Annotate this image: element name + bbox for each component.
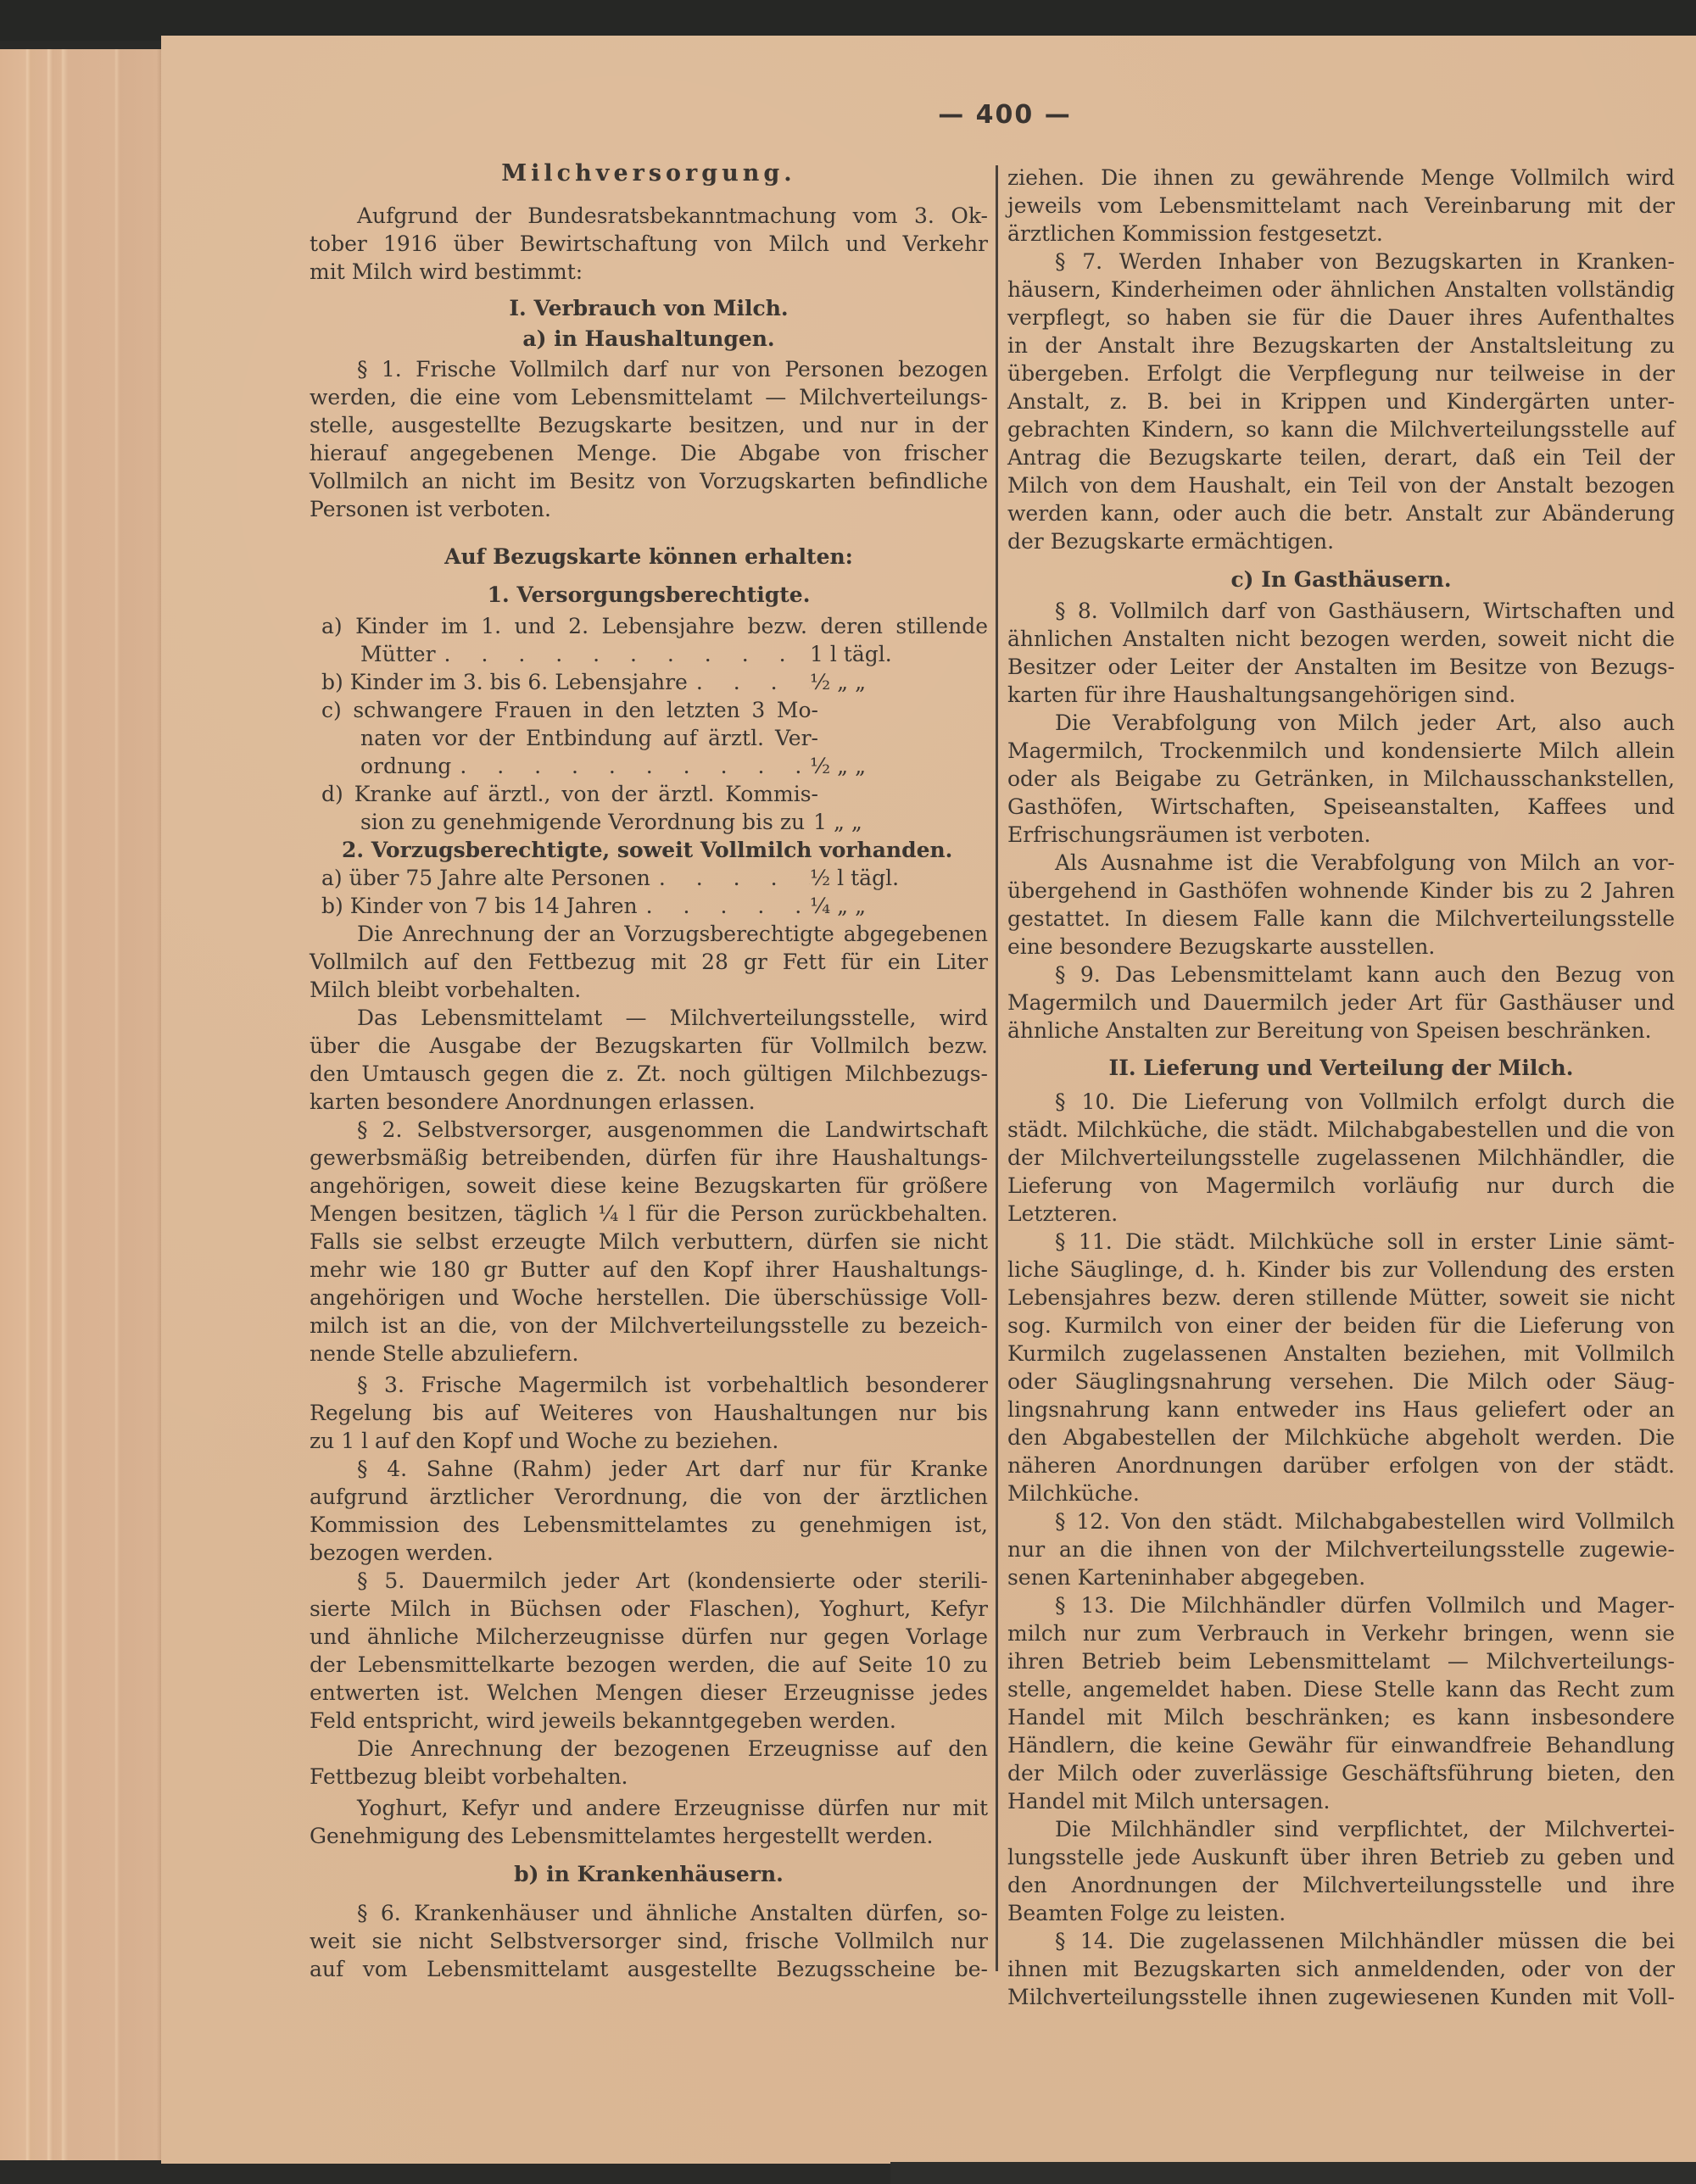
paragraph-8-line: ähnlichen Anstalten nicht bezogen werden…: [1007, 625, 1675, 653]
paragraph-10-line: § 10. Die Lieferung von Vollmilch erfolg…: [1007, 1088, 1675, 1116]
paragraph-7-line: häusern, Kinderheimen oder ähnlichen Ans…: [1007, 276, 1675, 304]
book-cover-bottom: [890, 2162, 1696, 2184]
entitlement-label: b) Kinder im 3. bis 6. Lebensjahre: [321, 668, 688, 696]
group-1-heading: 1. Versorgungsberechtigte.: [310, 581, 988, 609]
paragraph-2-line: Falls sie selbst erzeugte Milch verbutte…: [310, 1228, 988, 1256]
leader-dots: . . . . . . . .: [638, 892, 810, 920]
paragraph-13-line: Handel mit Milch beschränken; es kann in…: [1007, 1703, 1675, 1731]
leader-dots: . . . . . . . .: [688, 668, 810, 696]
paragraph-6-line: § 6. Krankenhäuser und ähnliche Anstalte…: [310, 1899, 988, 1927]
entitlement-item-c: c) schwangere Frauen in den letzten 3 Mo…: [310, 696, 988, 724]
preference-amount: ¼ „ „: [810, 892, 988, 920]
lebensmittelamt-line: den Umtausch gegen die z. Zt. noch gülti…: [310, 1060, 988, 1088]
intro-line: tober 1916 über Bewirtschaftung von Milc…: [310, 230, 988, 258]
document-title: Milchversorgung.: [310, 159, 988, 187]
preference-item-a: a) über 75 Jahre alte Personen . . . . .…: [310, 864, 988, 892]
entitlement-label: ordnung: [360, 752, 451, 780]
paragraph-2-line: angehörigen und Woche herstellen. Die üb…: [310, 1284, 988, 1312]
book-cover-top: [0, 0, 1696, 41]
entitlement-item-c-cont: naten vor der Entbindung auf ärztl. Ver-: [310, 724, 988, 752]
paragraph-13-line: § 13. Die Milchhändler dürfen Vollmilch …: [1007, 1591, 1675, 1619]
page-number: — 400 —: [912, 100, 1098, 130]
paragraph-11-line: § 11. Die städt. Milchküche soll in erst…: [1007, 1228, 1675, 1256]
section-heading-II: II. Lieferung und Verteilung der Milch.: [1007, 1054, 1675, 1082]
entitlement-amount: ½ „ „: [810, 752, 988, 780]
paragraph-13-line: stelle, angemeldet haben. Diese Stelle k…: [1007, 1675, 1675, 1703]
preference-label: b) Kinder von 7 bis 14 Jahren: [321, 892, 638, 920]
paragraph-4-line: Kommission des Lebensmittelamtes zu gene…: [310, 1511, 988, 1539]
anrechnung-line: Die Anrechnung der an Vorzugsberechtigte…: [310, 920, 988, 948]
paragraph-3-line: zu 1 l auf den Kopf und Woche zu beziehe…: [310, 1427, 988, 1455]
paragraph-11-line: näheren Anordnungen darüber erfolgen von…: [1007, 1451, 1675, 1479]
paragraph-11-line: Kurmilch zugelassenen Anstalten beziehen…: [1007, 1340, 1675, 1368]
paragraph-7-line: Milch von dem Haushalt, ein Teil von der…: [1007, 471, 1675, 499]
anrechnung-line: Milch bleibt vorbehalten.: [310, 976, 988, 1004]
paragraph-9-line: ähnliche Anstalten zur Bereitung von Spe…: [1007, 1017, 1675, 1045]
pflichten-line: lungsstelle jede Auskunft über ihren Bet…: [1007, 1843, 1675, 1871]
leader-dots: . . . . . . . .: [650, 864, 810, 892]
preference-amount: ½ l tägl.: [810, 864, 988, 892]
verabfolgung-line: Magermilch, Trockenmilch und kondensiert…: [1007, 737, 1675, 765]
anrechnung2-line: Fettbezug bleibt vorbehalten.: [310, 1763, 988, 1791]
paragraph-7-line: übergeben. Erfolgt die Verpflegung nur t…: [1007, 359, 1675, 387]
paragraph-1-line: Vollmilch an nicht im Besitz von Vorzugs…: [310, 467, 988, 495]
entitled-heading: Auf Bezugskarte können erhalten:: [310, 543, 988, 571]
entitlement-item-c-amount-row: ordnung . . . . . . . . . . . . . . . . …: [310, 752, 988, 780]
entitlement-amount: 1 l tägl.: [810, 640, 988, 668]
anrechnung2-line: Die Anrechnung der bezogenen Erzeugnisse…: [310, 1735, 988, 1763]
paragraph-14-line: ihnen mit Bezugskarten sich anmeldenden,…: [1007, 1955, 1675, 1983]
verabfolgung-line: Erfrischungsräumen ist verboten.: [1007, 821, 1675, 849]
group-2-heading: 2. Vorzugsberechtigte, soweit Vollmilch …: [310, 836, 988, 864]
verabfolgung-line: oder als Beigabe zu Getränken, in Milcha…: [1007, 765, 1675, 793]
paragraph-5-line: Feld entspricht, wird jeweils bekanntgeg…: [310, 1707, 988, 1735]
ausnahme-line: gestattet. In diesem Falle kann die Milc…: [1007, 905, 1675, 933]
entitlement-item-d-amount-row: sion zu genehmigende Verordnung bis zu 1…: [310, 808, 988, 836]
paragraph-6-cont-line: jeweils vom Lebensmittelamt nach Vereinb…: [1007, 192, 1675, 220]
verabfolgung-line: Die Verabfolgung von Milch jeder Art, al…: [1007, 709, 1675, 737]
paragraph-13-line: milch nur zum Verbrauch in Verkehr bring…: [1007, 1619, 1675, 1647]
paragraph-3-line: § 3. Frische Magermilch ist vorbehaltlic…: [310, 1371, 988, 1399]
intro-line: mit Milch wird bestimmt:: [310, 258, 988, 286]
paragraph-8-line: karten für ihre Haushaltungsangehörigen …: [1007, 681, 1675, 709]
paragraph-1-line: § 1. Frische Vollmilch darf nur von Pers…: [310, 355, 988, 383]
pflichten-line: Beamten Folge zu leisten.: [1007, 1899, 1675, 1927]
page-stack-edges: [0, 49, 165, 2160]
paragraph-7-line: der Bezugskarte ermächtigen.: [1007, 527, 1675, 555]
paragraph-10-line: städt. Milchküche, die städt. Milchabgab…: [1007, 1116, 1675, 1144]
paragraph-13-line: Händlern, die keine Gewähr für einwandfr…: [1007, 1731, 1675, 1759]
paragraph-14-line: Milchverteilungsstelle ihnen zugewiesene…: [1007, 1983, 1675, 2011]
entitlement-item-d: d) Kranke auf ärztl., von der ärztl. Kom…: [310, 780, 988, 808]
paragraph-7-line: Anstalt, z. B. bei in Krippen und Kinder…: [1007, 387, 1675, 415]
paragraph-1-line: hierauf angegebenen Menge. Die Abgabe vo…: [310, 439, 988, 467]
paragraph-11-line: oder Säuglingsnahrung versehen. Die Milc…: [1007, 1368, 1675, 1396]
paragraph-2-line: § 2. Selbstversorger, ausgenommen die La…: [310, 1116, 988, 1144]
paragraph-7-line: Antrag die Bezugskarte teilen, derart, d…: [1007, 443, 1675, 471]
paragraph-2-line: milch ist an die, von der Milchverteilun…: [310, 1312, 988, 1340]
preference-label: a) über 75 Jahre alte Personen: [321, 864, 650, 892]
entitlement-amount: ½ „ „: [810, 668, 988, 696]
paragraph-4-line: § 4. Sahne (Rahm) jeder Art darf nur für…: [310, 1455, 988, 1483]
paragraph-1-line: stelle, ausgestellte Bezugskarte besitze…: [310, 411, 988, 439]
paragraph-13-line: der Milch oder zuverlässige Geschäftsfüh…: [1007, 1759, 1675, 1787]
column-divider: [996, 165, 998, 1971]
paragraph-7-line: werden kann, oder auch die betr. Anstalt…: [1007, 499, 1675, 527]
leader-dots: [805, 808, 813, 836]
ausnahme-line: Als Ausnahme ist die Verabfolgung von Mi…: [1007, 849, 1675, 877]
paragraph-2-line: Mengen besitzen, täglich ¼ l für die Per…: [310, 1200, 988, 1228]
paragraph-11-line: lingsnahrung kann entweder ins Haus geli…: [1007, 1396, 1675, 1423]
paragraph-7-line: in der Anstalt ihre Bezugskarten der Ans…: [1007, 331, 1675, 359]
lebensmittelamt-line: karten besondere Anordnungen erlassen.: [310, 1088, 988, 1116]
entitlement-item-a-amount-row: Mütter . . . . . . . . . . . . . . . . .…: [310, 640, 988, 668]
yoghurt-line: Yoghurt, Kefyr und andere Erzeugnisse dü…: [310, 1794, 988, 1822]
paragraph-10-line: Lieferung von Magermilch vorläufig nur d…: [1007, 1172, 1675, 1200]
subsection-heading-a: a) in Haushaltungen.: [310, 325, 988, 353]
paragraph-13-line: Handel mit Milch untersagen.: [1007, 1787, 1675, 1815]
paragraph-5-line: § 5. Dauermilch jeder Art (kondensierte …: [310, 1567, 988, 1595]
paragraph-12-line: nur an die ihnen von der Milchverteilung…: [1007, 1535, 1675, 1563]
paragraph-6-line: weit sie nicht Selbstversorger sind, fri…: [310, 1927, 988, 1955]
paragraph-14-line: § 14. Die zugelassenen Milchhändler müss…: [1007, 1927, 1675, 1955]
paragraph-13-line: ihren Betrieb beim Lebensmittelamt — Mil…: [1007, 1647, 1675, 1675]
anrechnung-line: Vollmilch auf den Fettbezug mit 28 gr Fe…: [310, 948, 988, 976]
paragraph-10-line: der Milchverteilungsstelle zugelassenen …: [1007, 1144, 1675, 1172]
paragraph-9-line: Magermilch und Dauermilch jeder Art für …: [1007, 989, 1675, 1017]
paragraph-7-line: § 7. Werden Inhaber von Bezugskarten in …: [1007, 248, 1675, 276]
paragraph-11-line: den Abgabestellen der Milchküche abgehol…: [1007, 1423, 1675, 1451]
verabfolgung-line: Gasthöfen, Wirtschaften, Speiseanstalten…: [1007, 793, 1675, 821]
paragraph-12-line: senen Karteninhaber abgegeben.: [1007, 1563, 1675, 1591]
paragraph-8-line: § 8. Vollmilch darf von Gasthäusern, Wir…: [1007, 597, 1675, 625]
leader-dots: . . . . . . . . . . . . . . . . . .: [451, 752, 810, 780]
paragraph-5-line: entwerten ist. Welchen Mengen dieser Erz…: [310, 1679, 988, 1707]
entitlement-label: sion zu genehmigende Verordnung bis zu: [360, 808, 805, 836]
entitlement-label: Mütter: [360, 640, 436, 668]
ausnahme-line: übergehend in Gasthöfen wohnende Kinder …: [1007, 877, 1675, 905]
intro-line: Aufgrund der Bundesratsbekanntmachung vo…: [310, 202, 988, 230]
paragraph-11-line: sog. Kurmilch von einer der beiden für d…: [1007, 1312, 1675, 1340]
paragraph-11-line: Lebensjahres bezw. deren stillende Mütte…: [1007, 1284, 1675, 1312]
paragraph-7-line: gebrachten Kindern, so kann die Milchver…: [1007, 415, 1675, 443]
paragraph-6-cont-line: ziehen. Die ihnen zu gewährende Menge Vo…: [1007, 164, 1675, 192]
paragraph-1-line: Personen ist verboten.: [310, 495, 988, 523]
paragraph-2-line: nende Stelle abzuliefern.: [310, 1340, 988, 1368]
paragraph-6-cont-line: ärztlichen Kommission festgesetzt.: [1007, 220, 1675, 248]
paragraph-2-line: gewerbsmäßig betreibenden, dürfen für ih…: [310, 1144, 988, 1172]
paragraph-2-line: angehörigen, soweit diese keine Bezugska…: [310, 1172, 988, 1200]
paragraph-8-line: Besitzer oder Leiter der Anstalten im Be…: [1007, 653, 1675, 681]
yoghurt-line: Genehmigung des Lebensmittelamtes herges…: [310, 1822, 988, 1850]
paragraph-12-line: § 12. Von den städt. Milchabgabestellen …: [1007, 1507, 1675, 1535]
entitlement-item-b: b) Kinder im 3. bis 6. Lebensjahre . . .…: [310, 668, 988, 696]
paragraph-11-line: Milchküche.: [1007, 1479, 1675, 1507]
ausnahme-line: eine besondere Bezugskarte ausstellen.: [1007, 933, 1675, 961]
paragraph-4-line: aufgrund ärztlicher Verordnung, die von …: [310, 1483, 988, 1511]
preference-item-b: b) Kinder von 7 bis 14 Jahren . . . . . …: [310, 892, 988, 920]
paragraph-10-line: Letzteren.: [1007, 1200, 1675, 1228]
lebensmittelamt-line: über die Ausgabe der Bezugskarten für Vo…: [310, 1032, 988, 1060]
paragraph-7-line: verpflegt, so haben sie für die Dauer ih…: [1007, 304, 1675, 331]
entitlement-amount: 1 „ „: [813, 808, 991, 836]
section-heading-I: I. Verbrauch von Milch.: [310, 294, 988, 322]
paragraph-2-line: mehr wie 180 gr Butter auf den Kopf ihre…: [310, 1256, 988, 1284]
entitlement-item-a: a) Kinder im 1. und 2. Lebensjahre bezw.…: [310, 612, 988, 640]
paragraph-3-line: Regelung bis auf Weiteres von Haushaltun…: [310, 1399, 988, 1427]
pflichten-line: den Anordnungen der Milchverteilungsstel…: [1007, 1871, 1675, 1899]
subsection-heading-b: b) in Krankenhäusern.: [310, 1860, 988, 1888]
paragraph-9-line: § 9. Das Lebensmittelamt kann auch den B…: [1007, 961, 1675, 989]
paragraph-5-line: der Lebensmittelkarte bezogen werden, di…: [310, 1651, 988, 1679]
paragraph-4-line: bezogen werden.: [310, 1539, 988, 1567]
pflichten-line: Die Milchhändler sind verpflichtet, der …: [1007, 1815, 1675, 1843]
paragraph-1-line: werden, die eine vom Lebensmittelamt — M…: [310, 383, 988, 411]
lebensmittelamt-line: Das Lebensmittelamt — Milchverteilungsst…: [310, 1004, 988, 1032]
subsection-heading-c: c) In Gasthäusern.: [1007, 565, 1675, 593]
paragraph-6-line: auf vom Lebensmittelamt ausgestellte Bez…: [310, 1955, 988, 1983]
paragraph-5-line: und ähnliche Milcherzeugnisse dürfen nur…: [310, 1623, 988, 1651]
paragraph-5-line: sierte Milch in Büchsen oder Flaschen), …: [310, 1595, 988, 1623]
paragraph-11-line: liche Säuglinge, d. h. Kinder bis zur Vo…: [1007, 1256, 1675, 1284]
leader-dots: . . . . . . . . . . . . . . . . . . . .: [436, 640, 810, 668]
